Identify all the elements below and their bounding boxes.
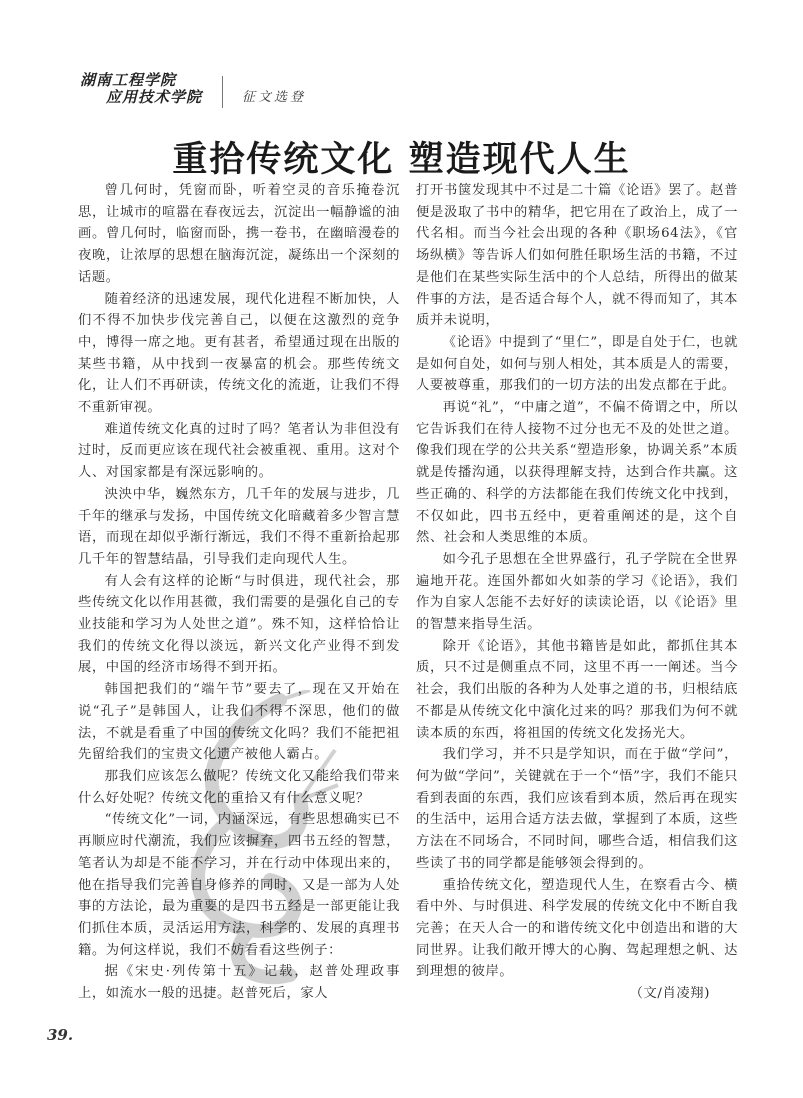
page-number: 39.: [47, 1026, 73, 1044]
school-name-line1: 湖南工程学院: [80, 72, 228, 89]
paragraph-continuation: 打开书箧发现其中不过是二十篇《论语》罢了。赵普便是汲取了书中的精华，把它用在了政…: [416, 180, 738, 332]
paragraph: 除开《论语》，其他书籍皆是如此，都抓住其本质，只不过是侧重点不同，这里不再一一阐…: [416, 636, 738, 745]
paragraph: “传统文化”一词，内涵深远，有些思想确实已不再顺应时代潮流，我们应该摒弃，四书五…: [78, 809, 400, 961]
paragraph: 我们学习，并不只是学知识，而在于做“学问”，何为做“学问”，关键就在于一个“悟”…: [416, 744, 738, 874]
paragraph: 曾几何时，凭窗而卧，听着空灵的音乐掩卷沉思，让城市的喧嚣在春夜远去，沉淀出一幅静…: [78, 180, 400, 289]
article-title: 重拾传统文化 塑造现代人生: [0, 135, 803, 185]
article-column-right: 打开书箧发现其中不过是二十篇《论语》罢了。赵普便是汲取了书中的精华，把它用在了政…: [416, 180, 738, 1005]
paragraph: 泱泱中华，巍然东方，几千年的发展与进步，几千年的继承与发扬，中国传统文化暗藏着多…: [78, 484, 400, 571]
paragraph: 再说“礼”，“中庸之道”，不偏不倚谓之中，所以它告诉我们在待人接物不过分也无不及…: [416, 397, 738, 549]
paragraph: 难道传统文化真的过时了吗？笔者认为非但没有过时，反而更应该在现代社会被重视、重用…: [78, 419, 400, 484]
school-name-line2: 应用技术学院: [80, 89, 228, 106]
author-byline: （文/肖凌翔): [416, 983, 738, 1005]
paragraph: 有人会有这样的论断“与时俱进，现代社会，那些传统文化以作用甚微，我们需要的是强化…: [78, 571, 400, 680]
paragraph: 随着经济的迅速发展，现代化进程不断加快，人们不得不加快步伐完善自己，以便在这激烈…: [78, 289, 400, 419]
paragraph: 《论语》中提到了“里仁”，即是自处于仁，也就是如何自处，如何与别人相处，其本质是…: [416, 332, 738, 397]
header-divider: [222, 76, 223, 108]
paragraph: 如今孔子思想在全世界盛行，孔子学院在全世界遍地开花。连国外都如火如荼的学习《论语…: [416, 549, 738, 636]
section-label: 征文选登: [242, 86, 306, 105]
paragraph: 韩国把我们的“端午节”要去了，现在又开始在说“孔子”是韩国人，让我们不得不深思，…: [78, 679, 400, 766]
paragraph: 重拾传统文化，塑造现代人生，在察看古今、横看中外、与时俱进、科学发展的传统文化中…: [416, 875, 738, 984]
school-name-logo: 湖南工程学院 应用技术学院: [80, 72, 228, 106]
article-column-left: 曾几何时，凭窗而卧，听着空灵的音乐掩卷沉思，让城市的喧嚣在春夜远去，沉淀出一幅静…: [78, 180, 400, 1005]
paragraph: 据《宋史·列传第十五》记载，赵普处理政事上，如流水一般的迅捷。赵普死后，家人: [78, 961, 400, 1004]
paragraph: 那我们应该怎么做呢？传统文化又能给我们带来什么好处呢？传统文化的重拾又有什么意义…: [78, 766, 400, 809]
